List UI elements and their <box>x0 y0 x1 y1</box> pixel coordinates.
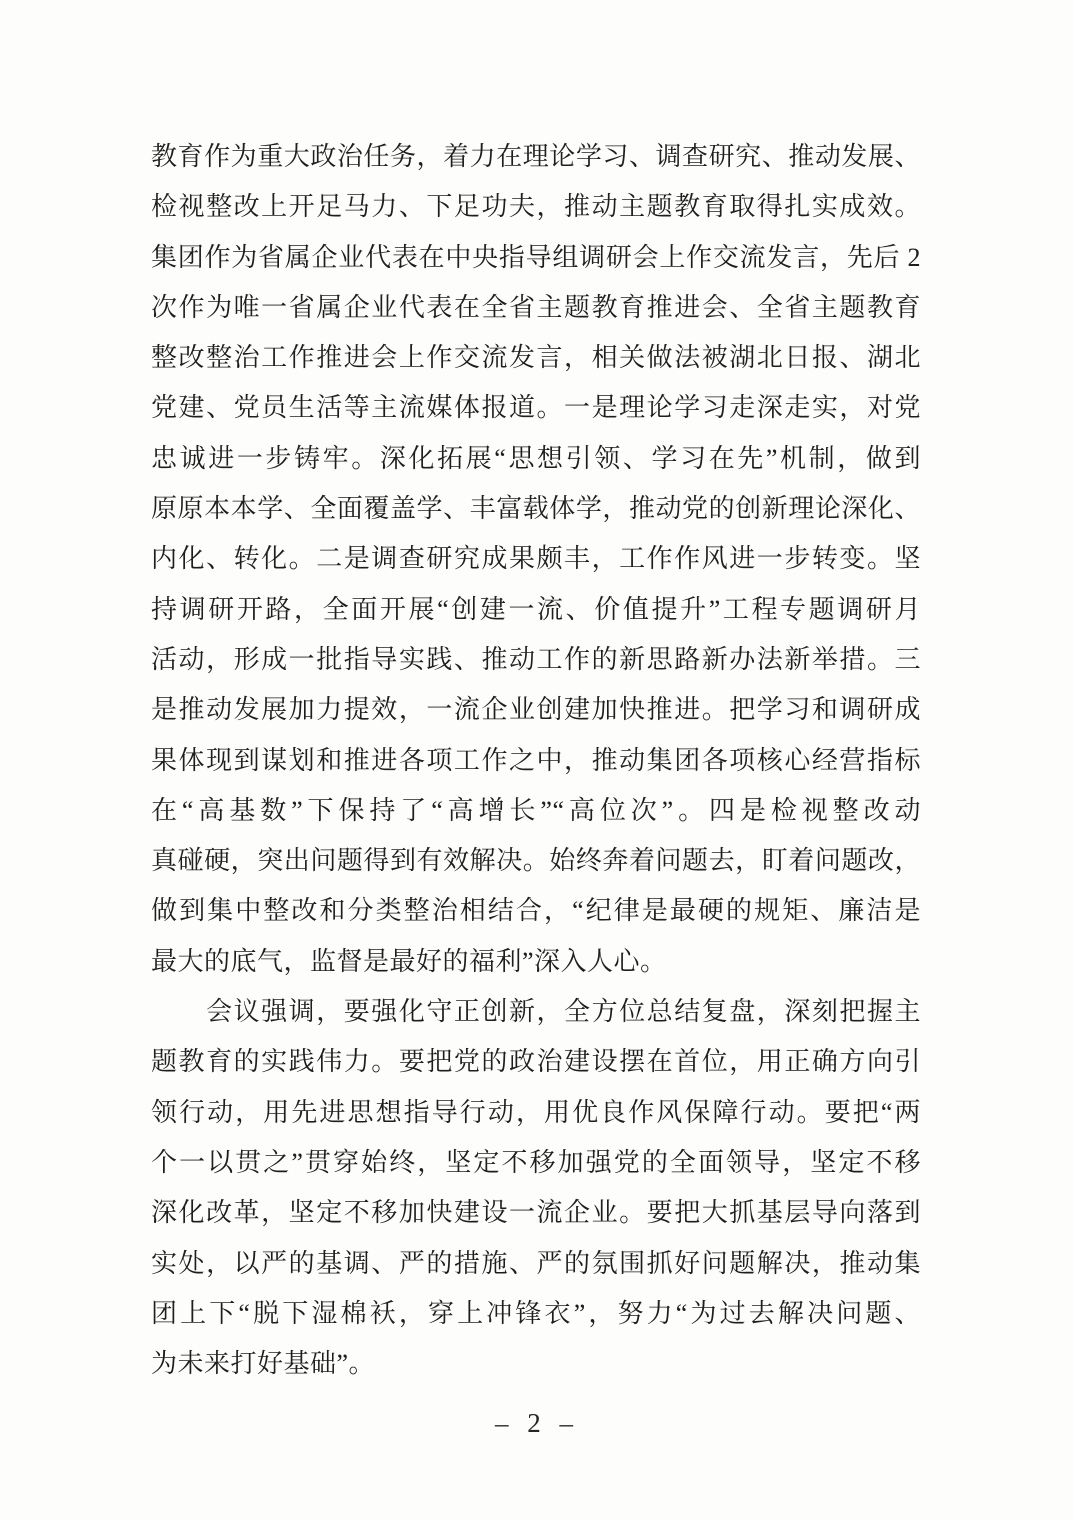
text-line: 集团作为省属企业代表在中央指导组调研会上作交流发言，先后 2 <box>151 233 921 283</box>
document-page: 教育作为重大政治任务，着力在理论学习、调查研究、推动发展、 检视整改上开足马力、… <box>0 0 1074 1520</box>
text-line: 持调研开路，全面开展“创建一流、价值提升”工程专题调研月 <box>151 585 921 635</box>
page-number: – 2 – <box>495 1408 579 1438</box>
text-line: 是推动发展加力提效，一流企业创建加快推进。把学习和调研成 <box>151 685 921 735</box>
text-line-paragraph-start: 会议强调，要强化守正创新，全方位总结复盘，深刻把握主 <box>151 987 921 1037</box>
text-line: 整改整治工作推进会上作交流发言，相关做法被湖北日报、湖北 <box>151 333 921 383</box>
text-line: 忠诚进一步铸牢。深化拓展“思想引领、学习在先”机制，做到 <box>151 434 921 484</box>
text-line: 在“高基数”下保持了“高增长”“高位次”。四是检视整改动 <box>151 786 921 836</box>
text-line: 真碰硬，突出问题得到有效解决。始终奔着问题去，盯着问题改， <box>151 836 921 886</box>
text-line: 深化改革，坚定不移加快建设一流企业。要把大抓基层导向落到 <box>151 1188 921 1238</box>
text-line: 做到集中整改和分类整治相结合，“纪律是最硬的规矩、廉洁是 <box>151 886 921 936</box>
text-line: 果体现到谋划和推进各项工作之中，推动集团各项核心经营指标 <box>151 736 921 786</box>
text-line-paragraph-end: 为未来打好基础”。 <box>151 1339 921 1389</box>
text-line-paragraph-end: 最大的底气，监督是最好的福利”深入人心。 <box>151 937 921 987</box>
text-line: 领行动，用先进思想指导行动，用优良作风保障行动。要把“两 <box>151 1088 921 1138</box>
text-line: 题教育的实践伟力。要把党的政治建设摆在首位，用正确方向引 <box>151 1037 921 1087</box>
text-line: 实处，以严的基调、严的措施、严的氛围抓好问题解决，推动集 <box>151 1239 921 1289</box>
text-line: 个一以贯之”贯穿始终，坚定不移加强党的全面领导，坚定不移 <box>151 1138 921 1188</box>
text-line: 内化、转化。二是调查研究成果颇丰，工作作风进一步转变。坚 <box>151 534 921 584</box>
text-line: 党建、党员生活等主流媒体报道。一是理论学习走深走实，对党 <box>151 383 921 433</box>
document-body: 教育作为重大政治任务，着力在理论学习、调查研究、推动发展、 检视整改上开足马力、… <box>151 132 921 1389</box>
page-footer: – 2 – <box>0 1408 1074 1439</box>
text-line: 原原本本学、全面覆盖学、丰富载体学，推动党的创新理论深化、 <box>151 484 921 534</box>
text-line: 活动，形成一批指导实践、推动工作的新思路新办法新举措。三 <box>151 635 921 685</box>
text-line: 检视整改上开足马力、下足功夫，推动主题教育取得扎实成效。 <box>151 182 921 232</box>
text-line: 团上下“脱下湿棉袄，穿上冲锋衣”，努力“为过去解决问题、 <box>151 1289 921 1339</box>
text-line: 次作为唯一省属企业代表在全省主题教育推进会、全省主题教育 <box>151 283 921 333</box>
text-line: 教育作为重大政治任务，着力在理论学习、调查研究、推动发展、 <box>151 132 921 182</box>
